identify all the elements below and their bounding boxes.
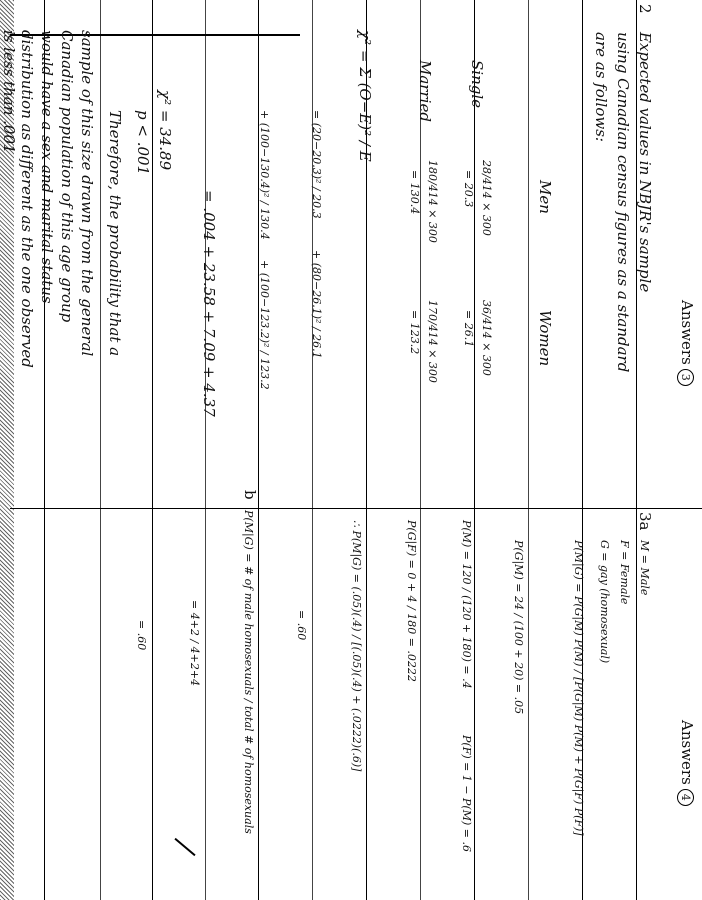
bayes-formula: P(M|G) = P(G|M) P(M) / [P(G|M) P(M) + P(…	[573, 540, 584, 836]
rotated-content: Answers3 2 Expected values in NBJR's sam…	[0, 0, 702, 900]
header-text: Answers	[678, 300, 696, 365]
row-single: Single	[469, 60, 484, 108]
result-value: = .60	[296, 610, 307, 640]
page-badge: 4	[677, 789, 694, 806]
scanned-page: Answers3 2 Expected values in NBJR's sam…	[0, 0, 702, 900]
conclusion-line: would have a sex and marital status	[39, 30, 54, 304]
chi-term: = (20−20.3)² / 20.3	[311, 110, 322, 219]
part-b-formula: P(M|G) = # of male homosexuals / total #…	[243, 510, 254, 834]
col-men: Men	[537, 180, 552, 214]
p-f: P(F) = 1 − P(M) = .6	[461, 735, 472, 852]
definition: F = Female	[619, 540, 630, 604]
chi-term: + (100−123.2)² / 123.2	[259, 260, 270, 390]
p-m: P(M) = 120 / (120 + 180) = .4	[461, 520, 472, 689]
chi-term: + (100−130.4)² / 130.4	[259, 110, 270, 240]
single-women-value: = 26.1	[463, 310, 474, 347]
part-b-label: b	[242, 490, 257, 500]
chi-formula: χ² = Σ (O−E)² / E	[357, 30, 372, 162]
part-b-calc: = 4+2 / 4+2+4	[189, 600, 200, 686]
conclusion-line: sample of this size drawn from the gener…	[79, 30, 94, 356]
page-badge: 3	[677, 369, 694, 386]
single-men-calc: 28/414 × 300	[481, 160, 492, 236]
header-text: Answers	[678, 720, 696, 785]
married-women-calc: 170/414 × 300	[427, 300, 438, 383]
married-men-value: = 130.4	[409, 170, 420, 214]
question-number: 2	[637, 4, 652, 14]
married-women-value: = 123.2	[409, 310, 420, 354]
row-married: Married	[417, 60, 432, 122]
question-number: 3a	[637, 512, 652, 531]
intro-line: are as follows:	[593, 32, 608, 142]
chi-term: + (80−26.1)² / 26.1	[311, 250, 322, 359]
intro-line: using Canadian census figures as a stand…	[615, 32, 630, 372]
intro-line: Expected values in NBJR's sample	[637, 32, 652, 292]
single-men-value: = 20.3	[463, 170, 474, 207]
p-value: p < .001	[135, 110, 150, 175]
part-b-value: = .60	[136, 620, 147, 650]
p-g-given-f: P(G|F) = 0 + 4 / 180 = .0222	[406, 520, 417, 682]
conclusion-line: distribution as different as the one obs…	[19, 30, 34, 368]
p-g-given-m: P(G|M) = 24 / (100 + 20) = .05	[513, 540, 524, 714]
page-header-right: Answers4	[677, 720, 694, 806]
page-header-left: Answers3	[677, 300, 694, 386]
married-men-calc: 180/414 × 300	[427, 160, 438, 243]
definition: M = Male	[639, 540, 650, 595]
col-women: Women	[537, 310, 552, 366]
result-line: ∴ P(M|G) = (.05)(.4) / [(.05)(.4) + (.02…	[351, 520, 362, 771]
single-women-calc: 36/414 × 300	[481, 300, 492, 376]
definition: G = gay (homosexual)	[599, 540, 610, 663]
conclusion-line: is less than .001	[1, 30, 16, 154]
chi-sum: = .004 + 23.58 + 7.09 + 4.37	[201, 190, 216, 417]
conclusion-line: Therefore, the probability that a	[107, 110, 122, 356]
conclusion-line: Canadian population of this age group	[59, 30, 74, 322]
chi-result: χ² = 34.89	[157, 90, 172, 170]
